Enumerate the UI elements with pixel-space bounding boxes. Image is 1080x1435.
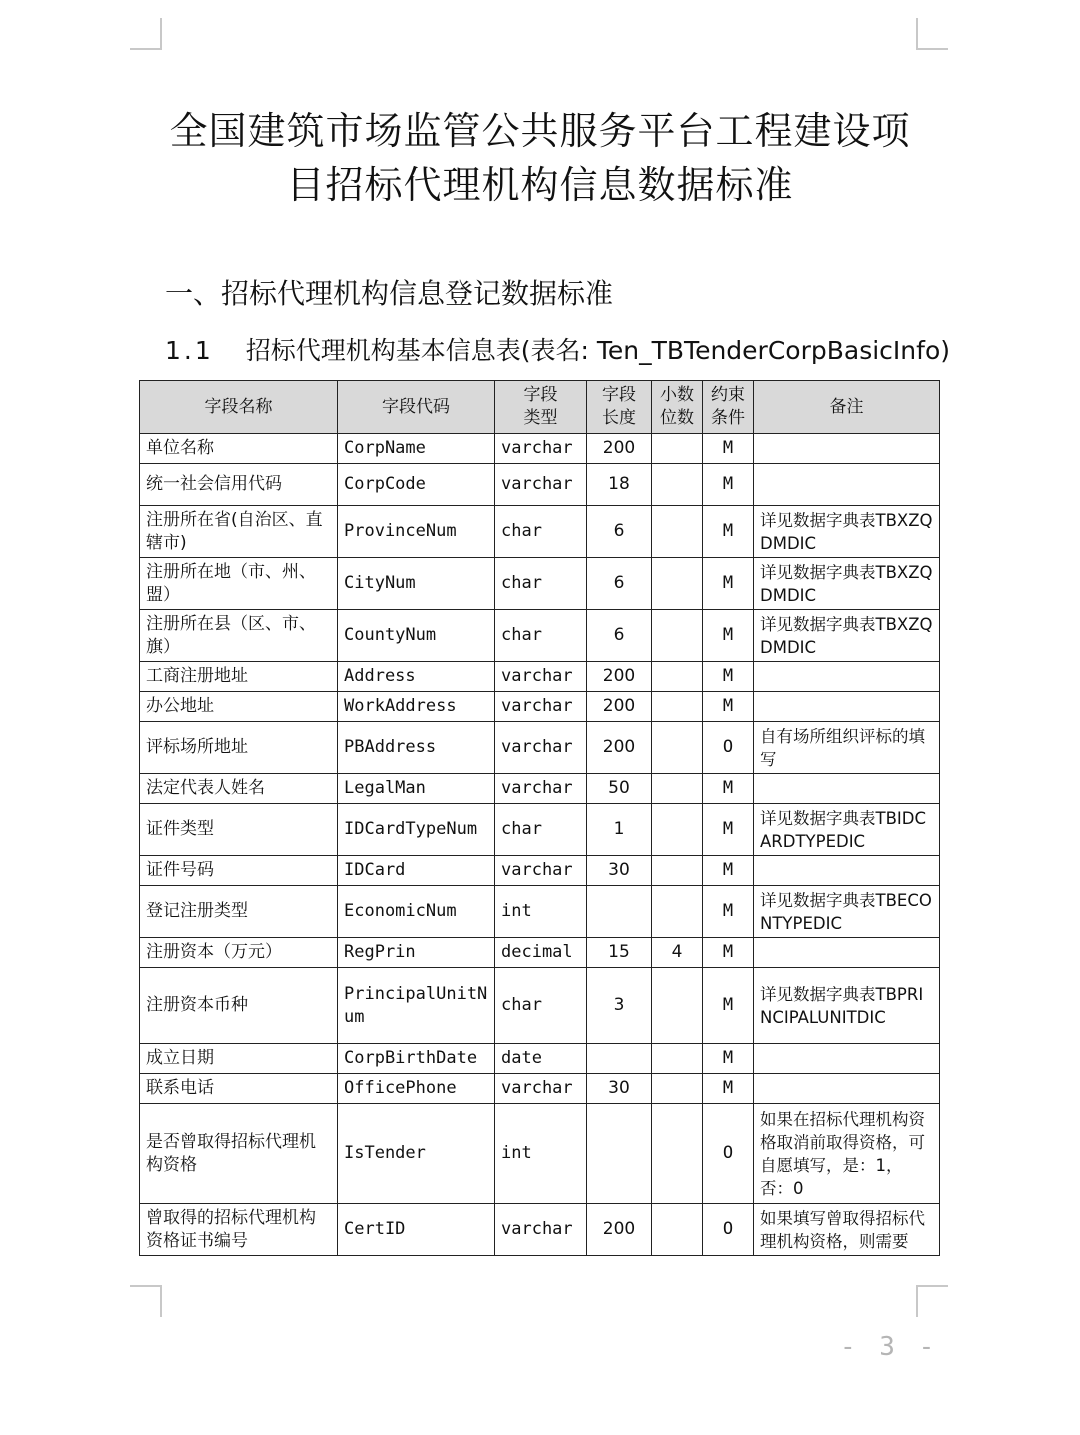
cell-field-length: 1 — [587, 804, 652, 856]
cell-field-code: OfficePhone — [338, 1074, 495, 1104]
cell-remark — [754, 662, 940, 692]
cell-remark — [754, 856, 940, 886]
header-field-name: 字段名称 — [140, 381, 338, 434]
header-constraint: 约束条件 — [703, 381, 754, 434]
cell-field-length: 200 — [587, 662, 652, 692]
cell-decimal-places — [652, 464, 703, 506]
table-row: 证件类型IDCardTypeNumchar1M详见数据字典表TBIDCARDTY… — [140, 804, 940, 856]
cell-field-length: 200 — [587, 692, 652, 722]
section-heading: 一、招标代理机构信息登记数据标准 — [165, 274, 613, 314]
cell-field-type: int — [495, 1104, 587, 1204]
crop-mark-bottom-right — [916, 1285, 948, 1317]
cell-field-name: 单位名称 — [140, 434, 338, 464]
cell-field-type: char — [495, 558, 587, 610]
cell-decimal-places — [652, 1044, 703, 1074]
cell-field-name: 是否曾取得招标代理机构资格 — [140, 1104, 338, 1204]
cell-field-code: CorpCode — [338, 464, 495, 506]
cell-field-length: 15 — [587, 938, 652, 968]
table-row: 注册所在省(自治区、直辖市)ProvinceNumchar6M详见数据字典表TB… — [140, 506, 940, 558]
table-row: 登记注册类型EconomicNumintM详见数据字典表TBECONTYPEDI… — [140, 886, 940, 938]
cell-field-code: Address — [338, 662, 495, 692]
cell-field-length: 200 — [587, 722, 652, 774]
cell-field-length: 3 — [587, 968, 652, 1044]
cell-decimal-places — [652, 692, 703, 722]
table-row: 证件号码IDCardvarchar30M — [140, 856, 940, 886]
cell-decimal-places — [652, 886, 703, 938]
cell-field-name: 办公地址 — [140, 692, 338, 722]
cell-remark: 自有场所组织评标的填写 — [754, 722, 940, 774]
cell-field-length: 6 — [587, 506, 652, 558]
cell-field-type: varchar — [495, 662, 587, 692]
cell-field-length — [587, 886, 652, 938]
table-row: 曾取得的招标代理机构资格证书编号CertIDvarchar200O如果填写曾取得… — [140, 1204, 940, 1256]
table-row: 法定代表人姓名LegalManvarchar50M — [140, 774, 940, 804]
cell-decimal-places — [652, 968, 703, 1044]
cell-remark: 如果填写曾取得招标代理机构资格，则需要 — [754, 1204, 940, 1256]
cell-constraint: M — [703, 804, 754, 856]
cell-decimal-places: 4 — [652, 938, 703, 968]
cell-remark: 详见数据字典表TBXZQDMDIC — [754, 610, 940, 662]
cell-constraint: M — [703, 968, 754, 1044]
cell-remark — [754, 938, 940, 968]
cell-field-code: CertID — [338, 1204, 495, 1256]
cell-field-code: WorkAddress — [338, 692, 495, 722]
header-remark: 备注 — [754, 381, 940, 434]
document-title-line-2: 目招标代理机构信息数据标准 — [140, 158, 940, 212]
cell-constraint: M — [703, 1074, 754, 1104]
table-row: 注册资本币种PrincipalUnitNumchar3M详见数据字典表TBPRI… — [140, 968, 940, 1044]
cell-field-length: 200 — [587, 1204, 652, 1256]
cell-field-type: varchar — [495, 856, 587, 886]
cell-constraint: M — [703, 434, 754, 464]
cell-constraint: O — [703, 722, 754, 774]
cell-constraint: M — [703, 558, 754, 610]
cell-decimal-places — [652, 1074, 703, 1104]
cell-field-type: decimal — [495, 938, 587, 968]
cell-decimal-places — [652, 856, 703, 886]
sub-heading: 1.1招标代理机构基本信息表(表名: Ten_TBTenderCorpBasic… — [165, 332, 950, 370]
table-row: 工商注册地址Addressvarchar200M — [140, 662, 940, 692]
cell-field-code: IDCard — [338, 856, 495, 886]
cell-constraint: M — [703, 464, 754, 506]
crop-mark-top-right — [916, 18, 948, 50]
cell-field-name: 工商注册地址 — [140, 662, 338, 692]
cell-constraint: M — [703, 938, 754, 968]
table-row: 办公地址WorkAddressvarchar200M — [140, 692, 940, 722]
cell-field-code: EconomicNum — [338, 886, 495, 938]
cell-decimal-places — [652, 610, 703, 662]
cell-remark: 详见数据字典表TBXZQDMDIC — [754, 506, 940, 558]
cell-decimal-places — [652, 1104, 703, 1204]
cell-field-name: 注册所在县（区、市、旗） — [140, 610, 338, 662]
cell-field-length: 50 — [587, 774, 652, 804]
cell-field-type: varchar — [495, 434, 587, 464]
table-row: 成立日期CorpBirthDatedateM — [140, 1044, 940, 1074]
table-row: 注册资本（万元）RegPrindecimal154M — [140, 938, 940, 968]
table-row: 统一社会信用代码CorpCodevarchar18M — [140, 464, 940, 506]
cell-remark — [754, 1074, 940, 1104]
cell-remark — [754, 692, 940, 722]
cell-field-code: PBAddress — [338, 722, 495, 774]
cell-field-name: 曾取得的招标代理机构资格证书编号 — [140, 1204, 338, 1256]
table-row: 注册所在县（区、市、旗）CountyNumchar6M详见数据字典表TBXZQD… — [140, 610, 940, 662]
header-field-code: 字段代码 — [338, 381, 495, 434]
cell-field-length — [587, 1044, 652, 1074]
cell-field-type: varchar — [495, 464, 587, 506]
table-row: 单位名称CorpNamevarchar200M — [140, 434, 940, 464]
crop-mark-top-left — [130, 18, 162, 50]
cell-field-name: 登记注册类型 — [140, 886, 338, 938]
cell-constraint: M — [703, 1044, 754, 1074]
cell-decimal-places — [652, 662, 703, 692]
cell-constraint: O — [703, 1104, 754, 1204]
document-title: 全国建筑市场监管公共服务平台工程建设项 目招标代理机构信息数据标准 — [140, 104, 940, 212]
cell-constraint: M — [703, 610, 754, 662]
sub-heading-text: 招标代理机构基本信息表(表名: Ten_TBTenderCorpBasicInf… — [246, 336, 950, 365]
cell-field-name: 证件类型 — [140, 804, 338, 856]
cell-field-type: varchar — [495, 1074, 587, 1104]
page-number: - 3 - — [840, 1332, 938, 1362]
cell-field-name: 注册资本币种 — [140, 968, 338, 1044]
cell-constraint: M — [703, 662, 754, 692]
cell-field-name: 注册所在地（市、州、盟） — [140, 558, 338, 610]
cell-field-type: char — [495, 804, 587, 856]
cell-constraint: M — [703, 506, 754, 558]
cell-field-type: char — [495, 968, 587, 1044]
document-title-line-1: 全国建筑市场监管公共服务平台工程建设项 — [140, 104, 940, 158]
table-header-row: 字段名称 字段代码 字段类型 字段长度 小数位数 约束条件 备注 — [140, 381, 940, 434]
header-field-length: 字段长度 — [587, 381, 652, 434]
cell-remark: 详见数据字典表TBECONTYPEDIC — [754, 886, 940, 938]
cell-field-code: RegPrin — [338, 938, 495, 968]
cell-remark — [754, 434, 940, 464]
cell-field-code: CityNum — [338, 558, 495, 610]
cell-field-name: 注册所在省(自治区、直辖市) — [140, 506, 338, 558]
cell-decimal-places — [652, 434, 703, 464]
cell-field-name: 联系电话 — [140, 1074, 338, 1104]
cell-remark — [754, 464, 940, 506]
cell-constraint: O — [703, 1204, 754, 1256]
cell-field-type: varchar — [495, 1204, 587, 1256]
cell-field-code: CorpBirthDate — [338, 1044, 495, 1074]
cell-field-name: 评标场所地址 — [140, 722, 338, 774]
cell-constraint: M — [703, 774, 754, 804]
cell-constraint: M — [703, 692, 754, 722]
cell-field-type: date — [495, 1044, 587, 1074]
table-row: 联系电话OfficePhonevarchar30M — [140, 1074, 940, 1104]
cell-field-length — [587, 1104, 652, 1204]
cell-field-code: IsTender — [338, 1104, 495, 1204]
cell-remark: 详见数据字典表TBPRINCIPALUNITDIC — [754, 968, 940, 1044]
cell-field-code: CountyNum — [338, 610, 495, 662]
cell-remark — [754, 774, 940, 804]
cell-field-type: char — [495, 610, 587, 662]
sub-heading-number: 1.1 — [165, 336, 214, 365]
table-row: 注册所在地（市、州、盟）CityNumchar6M详见数据字典表TBXZQDMD… — [140, 558, 940, 610]
cell-field-type: int — [495, 886, 587, 938]
cell-remark: 如果在招标代理机构资格取消前取得资格，可自愿填写，是：1，否：0 — [754, 1104, 940, 1204]
cell-field-code: LegalMan — [338, 774, 495, 804]
cell-constraint: M — [703, 886, 754, 938]
table-row: 是否曾取得招标代理机构资格IsTenderintO如果在招标代理机构资格取消前取… — [140, 1104, 940, 1204]
cell-field-name: 法定代表人姓名 — [140, 774, 338, 804]
cell-field-code: CorpName — [338, 434, 495, 464]
cell-field-type: varchar — [495, 722, 587, 774]
cell-remark — [754, 1044, 940, 1074]
field-definition-table: 字段名称 字段代码 字段类型 字段长度 小数位数 约束条件 备注 单位名称Cor… — [139, 380, 940, 1256]
cell-decimal-places — [652, 558, 703, 610]
cell-field-type: char — [495, 506, 587, 558]
cell-field-name: 统一社会信用代码 — [140, 464, 338, 506]
cell-field-length: 6 — [587, 558, 652, 610]
cell-field-code: PrincipalUnitNum — [338, 968, 495, 1044]
cell-field-length: 30 — [587, 1074, 652, 1104]
cell-field-name: 注册资本（万元） — [140, 938, 338, 968]
cell-decimal-places — [652, 506, 703, 558]
cell-decimal-places — [652, 774, 703, 804]
cell-remark: 详见数据字典表TBXZQDMDIC — [754, 558, 940, 610]
cell-decimal-places — [652, 804, 703, 856]
cell-field-length: 30 — [587, 856, 652, 886]
cell-field-length: 18 — [587, 464, 652, 506]
cell-decimal-places — [652, 722, 703, 774]
cell-field-type: varchar — [495, 774, 587, 804]
cell-field-name: 证件号码 — [140, 856, 338, 886]
cell-field-name: 成立日期 — [140, 1044, 338, 1074]
header-decimal-places: 小数位数 — [652, 381, 703, 434]
cell-remark: 详见数据字典表TBIDCARDTYPEDIC — [754, 804, 940, 856]
cell-field-type: varchar — [495, 692, 587, 722]
crop-mark-bottom-left — [130, 1285, 162, 1317]
cell-field-code: IDCardTypeNum — [338, 804, 495, 856]
header-field-type: 字段类型 — [495, 381, 587, 434]
table-row: 评标场所地址PBAddressvarchar200O自有场所组织评标的填写 — [140, 722, 940, 774]
cell-field-length: 6 — [587, 610, 652, 662]
cell-decimal-places — [652, 1204, 703, 1256]
cell-field-length: 200 — [587, 434, 652, 464]
cell-constraint: M — [703, 856, 754, 886]
cell-field-code: ProvinceNum — [338, 506, 495, 558]
